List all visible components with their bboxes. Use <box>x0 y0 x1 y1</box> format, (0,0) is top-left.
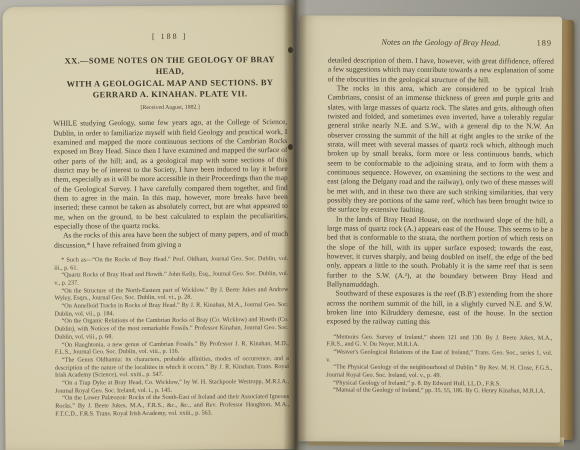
left-footnote-6: “On Haughtonia, a new genus of Cambrian … <box>55 340 289 357</box>
binding-stitch-knot <box>288 47 293 53</box>
book-photograph: [ 188 ] XX.—SOME NOTES ON THE GEOLOGY OF… <box>0 0 580 450</box>
received-date-line: [Received August, 1882.] <box>53 104 287 112</box>
running-header: Notes on the Geology of Bray Head. 189 <box>328 37 554 47</box>
left-paragraph-2: As the rocks of this area have been the … <box>54 229 288 249</box>
article-title: XX.—SOME NOTES ON THE GEOLOGY OF BRAY HE… <box>53 54 287 101</box>
running-header-title: Notes on the Geology of Bray Head. <box>381 38 500 48</box>
left-page: [ 188 ] XX.—SOME NOTES ON THE GEOLOGY OF… <box>2 5 295 450</box>
left-paragraph-1: WHILE studying Geology, some few years a… <box>53 117 288 231</box>
article-title-line-2: WITH A GEOLOGICAL MAP AND SECTIONS. BY <box>53 77 287 90</box>
right-page-content: Notes on the Geology of Bray Head. 189 d… <box>298 15 562 395</box>
left-page-content: [ 188 ] XX.—SOME NOTES ON THE GEOLOGY OF… <box>2 5 295 418</box>
left-footnote-5: “On the Organic Relations of the Cambria… <box>55 316 289 341</box>
right-page: Notes on the Geology of Bray Head. 189 d… <box>298 15 562 442</box>
right-paragraph-1: detailed description of them. I have, ho… <box>328 55 554 84</box>
left-footnote-7: “The Genus Oldhamia: its characters, pro… <box>55 355 289 380</box>
right-paragraph-4: Southward of these exposures is the reef… <box>326 289 552 327</box>
article-title-line-3: GERRARD A. KINAHAN. PLATE VII. <box>53 88 287 101</box>
article-title-line-1: XX.—SOME NOTES ON THE GEOLOGY OF BRAY HE… <box>53 54 287 78</box>
left-footnote-8: “On a Trap Dyke at Bray Head, Co. Wicklo… <box>55 378 289 395</box>
left-footnote-4: “On Annelloid Tracks in Rocks of Bray He… <box>55 301 289 318</box>
left-footnotes: * Such as—“On the Rocks of Bray Head.” P… <box>54 255 289 418</box>
right-footnote-5: “Manual of the Geology of Ireland,” pp. … <box>326 387 552 396</box>
left-footnote-2: “Quartz Rocks of Bray Head and Howth.” J… <box>54 270 288 287</box>
left-footnote-1: * Such as—“On the Rocks of Bray Head.” P… <box>54 255 288 272</box>
right-footnote-3: “The Physical Geology of the neighbourho… <box>326 364 552 381</box>
right-paragraph-2: The rocks in this area, which are consid… <box>327 83 554 215</box>
right-footnote-1: “Memoirs Geo. Survey of Ireland,” sheets… <box>326 333 552 350</box>
right-footnotes: “Memoirs Geo. Survey of Ireland,” sheets… <box>326 333 552 396</box>
binding-stitch-knot <box>288 144 293 150</box>
right-footnote-2: “Weaver's Geological Relations of the Ea… <box>326 348 552 365</box>
left-footnote-9: “On the Lower Palæozoic Rocks of the Sou… <box>55 393 289 418</box>
left-footnote-3: “On the Structure of the North-Eastern p… <box>54 286 288 303</box>
left-page-number: [ 188 ] <box>53 31 287 42</box>
right-paragraph-3: In the lands of Bray Head House, on the … <box>327 214 553 290</box>
right-page-number: 189 <box>537 39 552 48</box>
